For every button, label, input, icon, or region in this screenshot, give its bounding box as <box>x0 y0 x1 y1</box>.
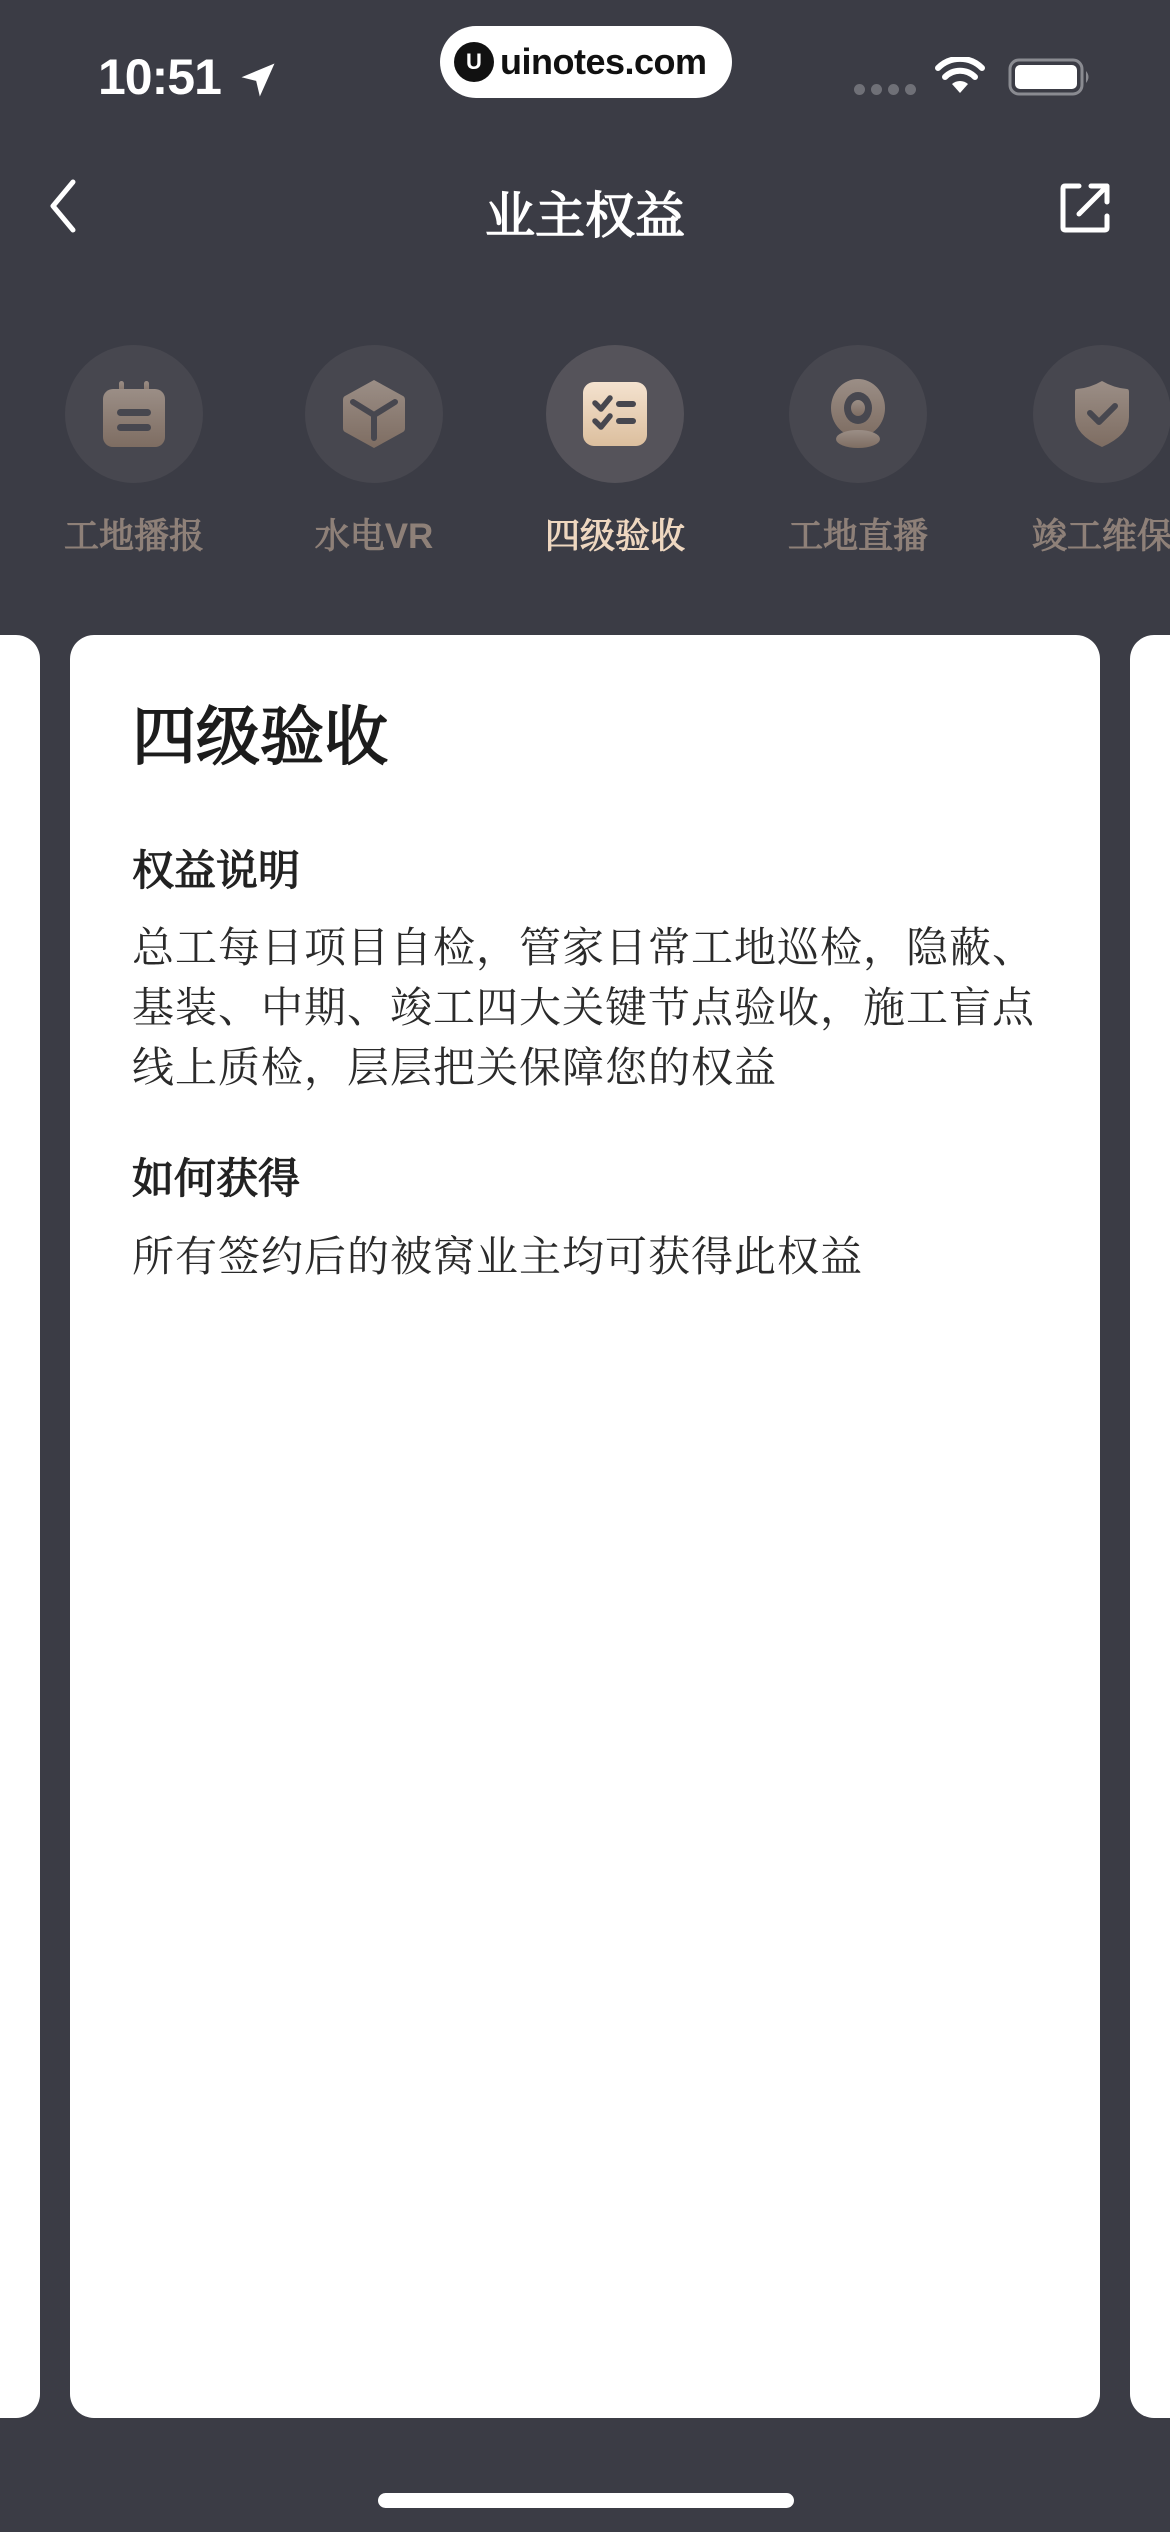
calendar-icon <box>99 379 169 449</box>
status-time: 10:51 <box>98 48 221 106</box>
share-button[interactable] <box>1050 178 1120 238</box>
tab-four-level-inspection[interactable]: 四级验收 <box>515 345 715 559</box>
tab-icon-circle <box>65 345 203 483</box>
share-external-icon <box>1059 182 1111 234</box>
tab-completion-warranty[interactable]: 竣工维保 <box>1002 345 1170 559</box>
location-arrow-icon <box>236 58 280 102</box>
benefit-tabs: 工地播报 水电VR 四级验收 <box>0 345 1170 555</box>
cellular-signal-icon <box>854 84 916 95</box>
shield-check-icon <box>1074 379 1130 449</box>
wifi-icon <box>935 57 985 95</box>
previous-card-peek[interactable] <box>0 635 40 2418</box>
tab-label: 工地直播 <box>788 509 928 559</box>
section-body-how-to-obtain: 所有签约后的被窝业主均可获得此权益 <box>132 1227 1038 1287</box>
watermark-text: uinotes.com <box>500 41 707 83</box>
page-title: 业主权益 <box>0 176 1170 248</box>
section-heading-how-to-obtain: 如何获得 <box>132 1154 1038 1204</box>
tab-site-live[interactable]: 工地直播 <box>758 345 958 559</box>
tab-icon-circle <box>305 345 443 483</box>
card-title: 四级验收 <box>132 699 1038 776</box>
status-bar: 10:51 U uinotes.com <box>0 0 1170 150</box>
battery-icon <box>1008 58 1092 96</box>
tab-icon-circle <box>546 345 684 483</box>
section-body-benefit-description: 总工每日项目自检，管家日常工地巡检，隐蔽、基装、中期、竣工四大关键节点验收，施工… <box>132 918 1038 1098</box>
tab-label: 水电VR <box>315 509 434 559</box>
tab-label: 工地播报 <box>64 509 204 559</box>
watermark-logo-icon: U <box>454 42 494 82</box>
cube-icon <box>339 378 409 450</box>
tab-icon-circle <box>789 345 927 483</box>
watermark-pill: U uinotes.com <box>440 26 732 98</box>
tab-label: 竣工维保 <box>1032 509 1170 559</box>
tab-icon-circle <box>1033 345 1170 483</box>
section-heading-benefit-description: 权益说明 <box>132 846 1038 896</box>
tab-label: 四级验收 <box>545 509 685 559</box>
checklist-icon <box>582 381 648 447</box>
next-card-peek[interactable] <box>1130 635 1170 2418</box>
tab-site-report[interactable]: 工地播报 <box>34 345 234 559</box>
benefit-card: 四级验收 权益说明 总工每日项目自检，管家日常工地巡检，隐蔽、基装、中期、竣工四… <box>70 635 1100 2418</box>
nav-bar: 业主权益 <box>0 150 1170 260</box>
home-indicator <box>378 2493 794 2508</box>
webcam-icon <box>828 378 888 450</box>
tab-plumbing-vr[interactable]: 水电VR <box>274 345 474 559</box>
